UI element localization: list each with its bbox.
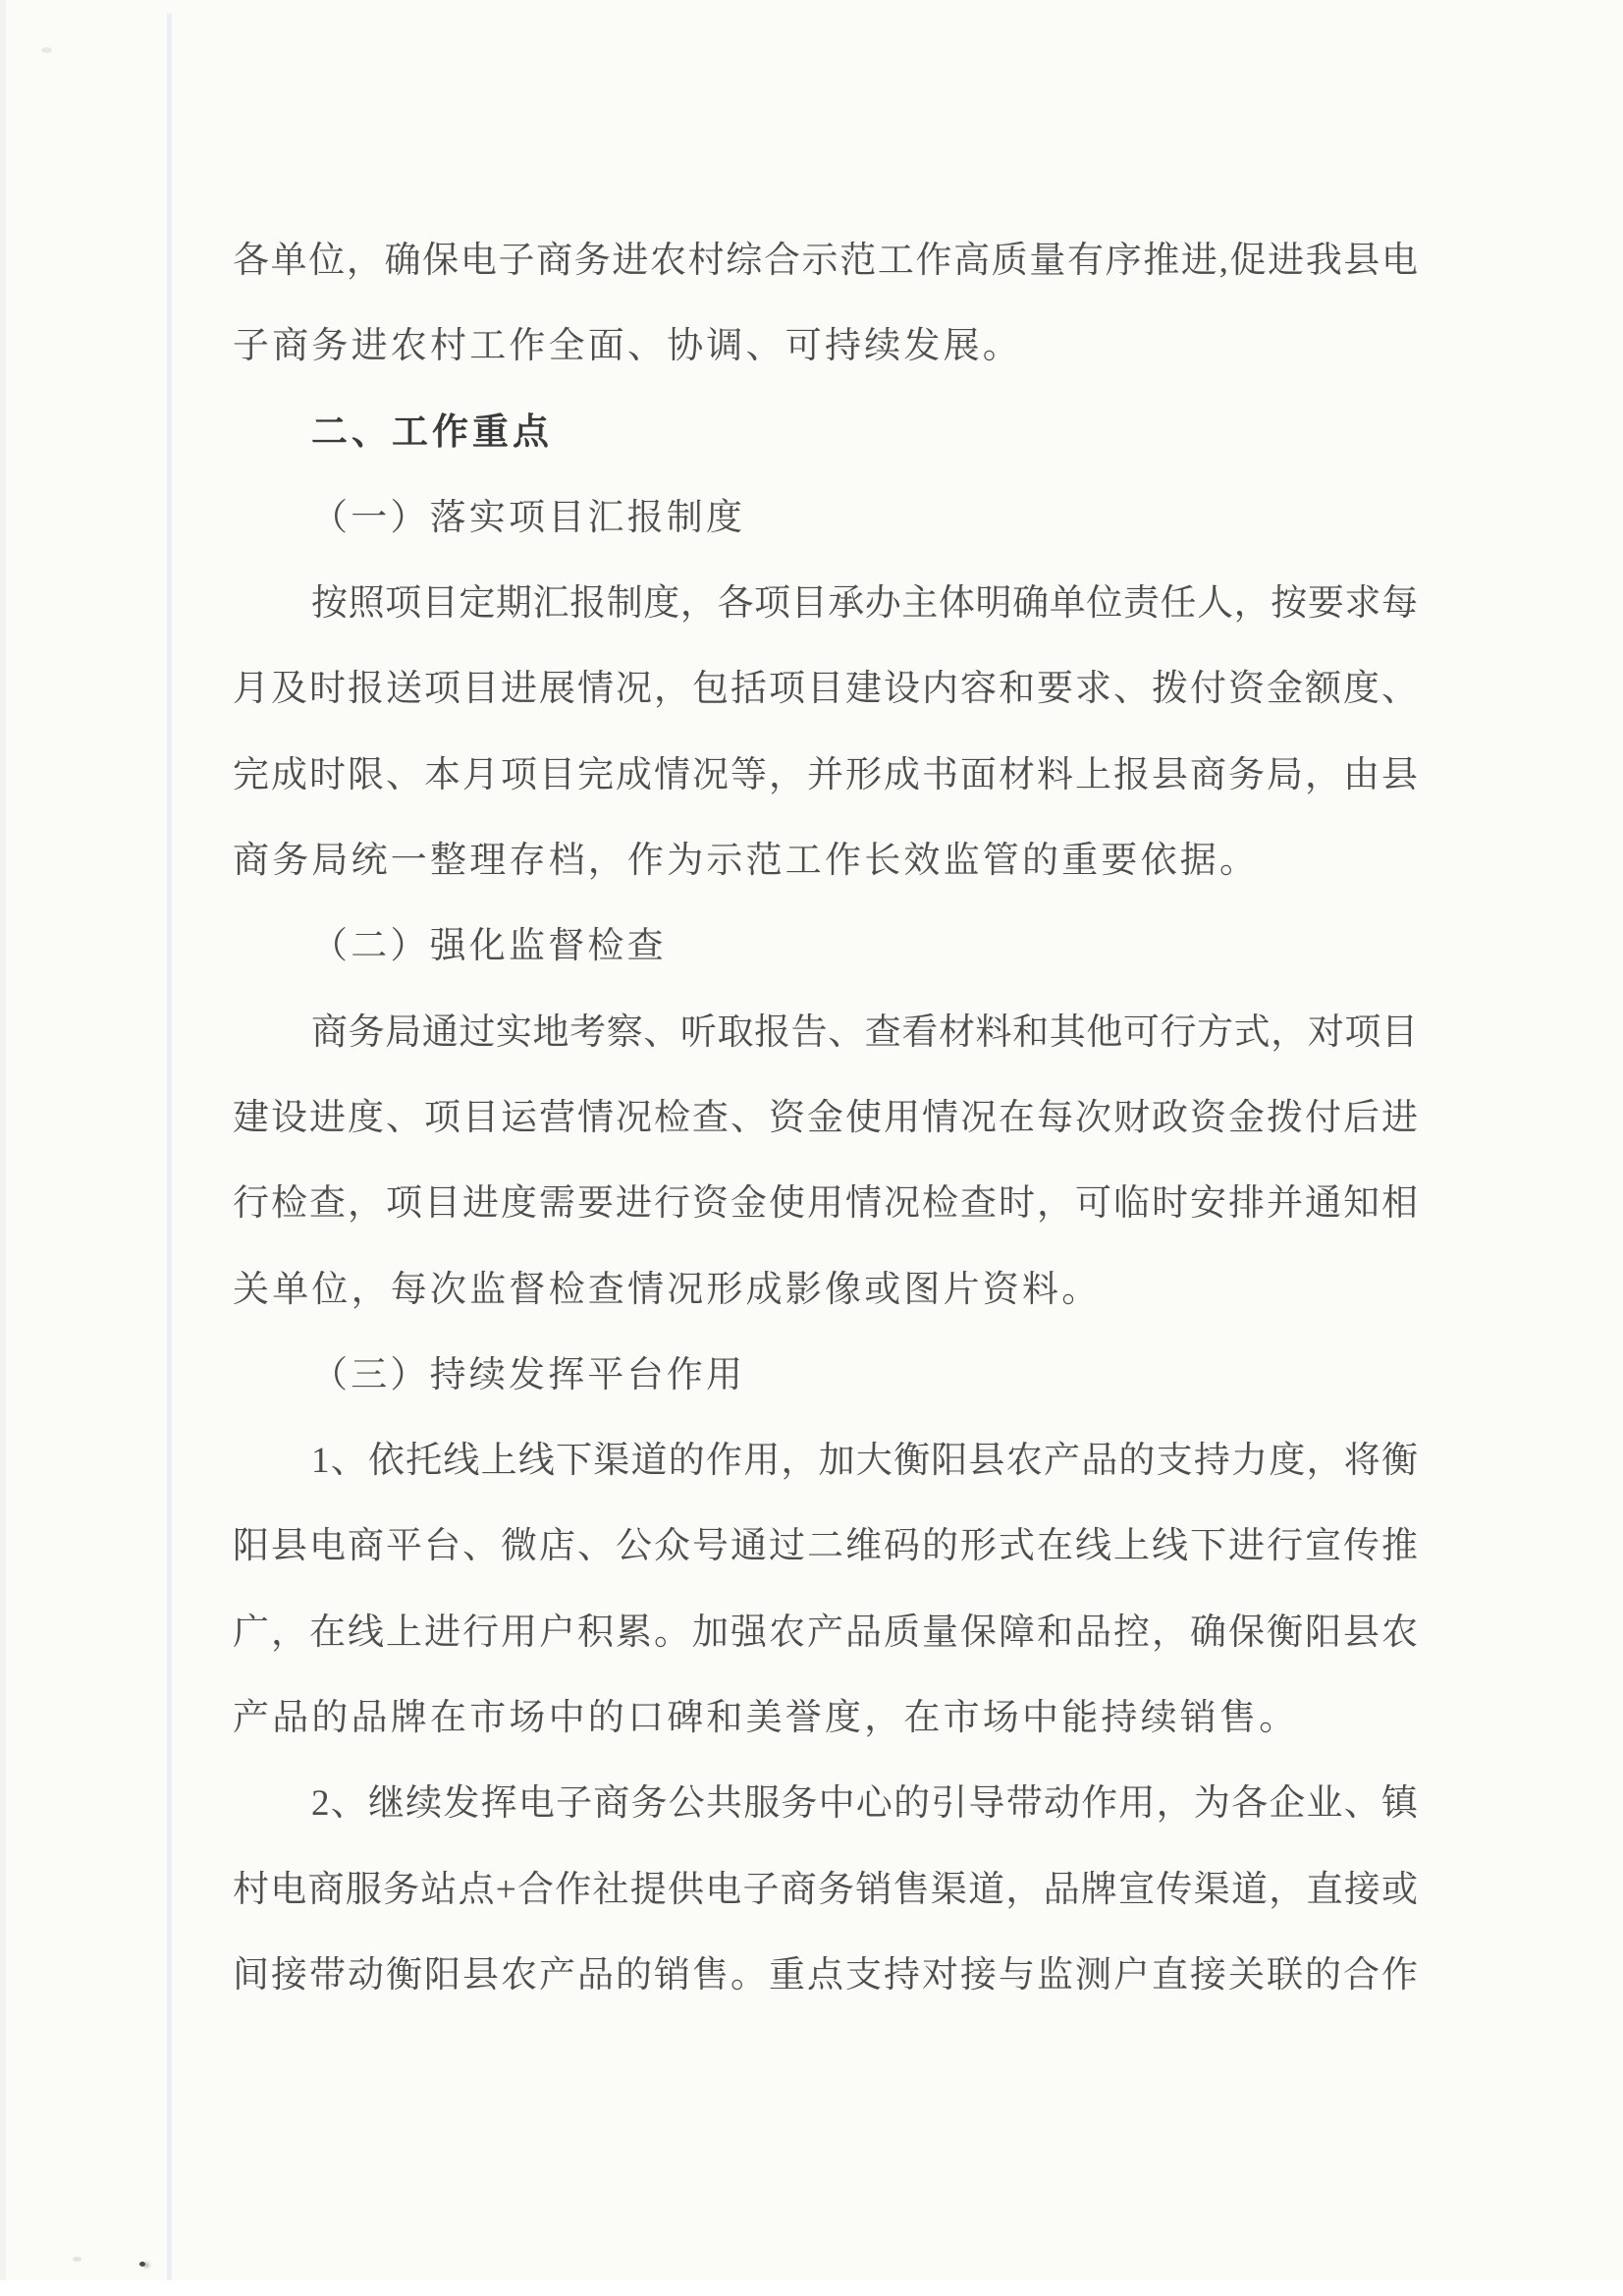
text-line: 2、继续发挥电子商务公共服务中心的引导带动作用，为各企业、镇 xyxy=(233,1761,1418,1846)
scan-speck xyxy=(41,47,52,53)
text-line: 各单位，确保电子商务进农村综合示范工作高质量有序推进,促进我县电 xyxy=(233,218,1418,303)
text-line: 村电商服务站点+合作社提供电子商务销售渠道，品牌宣传渠道，直接或 xyxy=(233,1847,1418,1933)
scanned-document-page: { "page": { "background_color": "#fbfbf8… xyxy=(0,0,1623,2296)
text-line: 建设进度、项目运营情况检查、资金使用情况在每次财政资金拨付后进 xyxy=(233,1075,1418,1161)
text-line: 子商务进农村工作全面、协调、可持续发展。 xyxy=(233,303,1418,389)
scan-speck xyxy=(139,2262,145,2267)
scan-speck xyxy=(73,2257,81,2262)
text-line: 阳县电商平台、微店、公众号通过二维码的形式在线上线下进行宣传推 xyxy=(233,1503,1418,1589)
text-line: 商务局通过实地考察、听取报告、查看材料和其他可行方式，对项目 xyxy=(233,990,1418,1075)
scan-bottom-edge xyxy=(0,2280,1623,2296)
scan-left-edge xyxy=(0,0,6,2296)
subsection-heading: （三）持续发挥平台作用 xyxy=(233,1333,1418,1418)
text-line: 间接带动衡阳县农产品的销售。重点支持对接与监测户直接关联的合作 xyxy=(233,1933,1418,2018)
text-line: 1、依托线上线下渠道的作用，加大衡阳县农产品的支持力度，将衡 xyxy=(233,1418,1418,1503)
text-line: 关单位，每次监督检查情况形成影像或图片资料。 xyxy=(233,1247,1418,1333)
text-line: 完成时限、本月项目完成情况等，并形成书面材料上报县商务局，由县 xyxy=(233,733,1418,818)
text-line: 广，在线上进行用户积累。加强农产品质量保障和品控，确保衡阳县农 xyxy=(233,1590,1418,1675)
document-body: 各单位，确保电子商务进农村综合示范工作高质量有序推进,促进我县电 子商务进农村工… xyxy=(233,218,1418,2018)
subsection-heading: （一）落实项目汇报制度 xyxy=(233,475,1418,561)
text-line: 商务局统一整理存档，作为示范工作长效监管的重要依据。 xyxy=(233,818,1418,903)
text-line: 产品的品牌在市场中的口碑和美誉度，在市场中能持续销售。 xyxy=(233,1675,1418,1761)
text-line: 行检查，项目进度需要进行资金使用情况检查时，可临时安排并通知相 xyxy=(233,1161,1418,1246)
section-heading: 二、工作重点 xyxy=(233,390,1418,475)
text-line: 月及时报送项目进展情况，包括项目建设内容和要求、拨付资金额度、 xyxy=(233,646,1418,732)
subsection-heading: （二）强化监督检查 xyxy=(233,903,1418,989)
text-line: 按照项目定期汇报制度，各项目承办主体明确单位责任人，按要求每 xyxy=(233,561,1418,646)
scan-fold-line xyxy=(167,14,172,2280)
